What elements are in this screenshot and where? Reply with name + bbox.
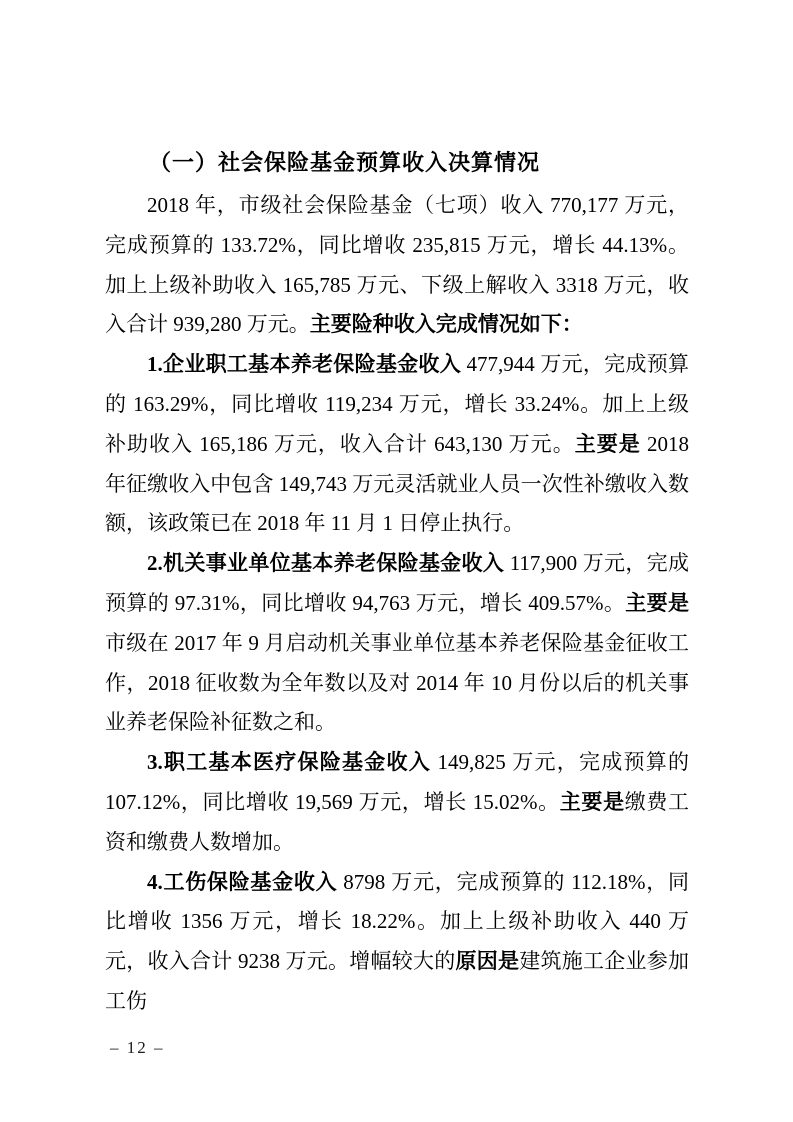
bold-text-run: 主要是 [560, 790, 625, 814]
bold-text-run: 原因是 [456, 949, 520, 973]
page-number: – 12 – [110, 1036, 165, 1060]
section-heading: （一）社会保险基金预算收入决算情况 [105, 143, 689, 183]
paragraph: 1.企业职工基本养老保险基金收入 477,944 万元，完成预算的 163.29… [105, 345, 689, 544]
bold-text-run: 主要是 [625, 591, 689, 615]
paragraph: 2.机关事业单位基本养老保险基金收入 117,900 万元，完成预算的 97.3… [105, 544, 689, 743]
bold-text-run: 3.职工基本医疗保险基金收入 [147, 750, 431, 774]
text-run: 市级在 2017 年 9 月启动机关事业单位基本养老保险基金征收工作，2018 … [105, 631, 689, 735]
bold-text-run: 2.机关事业单位基本养老保险基金收入 [147, 551, 504, 575]
document-body: （一）社会保险基金预算收入决算情况 2018 年，市级社会保险基金（七项）收入 … [105, 143, 689, 1022]
paragraph: 3.职工基本医疗保险基金收入 149,825 万元，完成预算的 107.12%，… [105, 743, 689, 862]
bold-text-run: 主要险种收入完成情况如下： [310, 312, 583, 336]
document-page: （一）社会保险基金预算收入决算情况 2018 年，市级社会保险基金（七项）收入 … [0, 0, 793, 1122]
bold-text-run: 1.企业职工基本养老保险基金收入 [147, 352, 461, 376]
paragraph: 4.工伤保险基金收入 8798 万元，完成预算的 112.18%，同比增收 13… [105, 863, 689, 1022]
paragraph: 2018 年，市级社会保险基金（七项）收入 770,177 万元，完成预算的 1… [105, 186, 689, 345]
bold-text-run: 主要是 [575, 432, 641, 456]
bold-text-run: 4.工伤保险基金收入 [147, 870, 337, 894]
